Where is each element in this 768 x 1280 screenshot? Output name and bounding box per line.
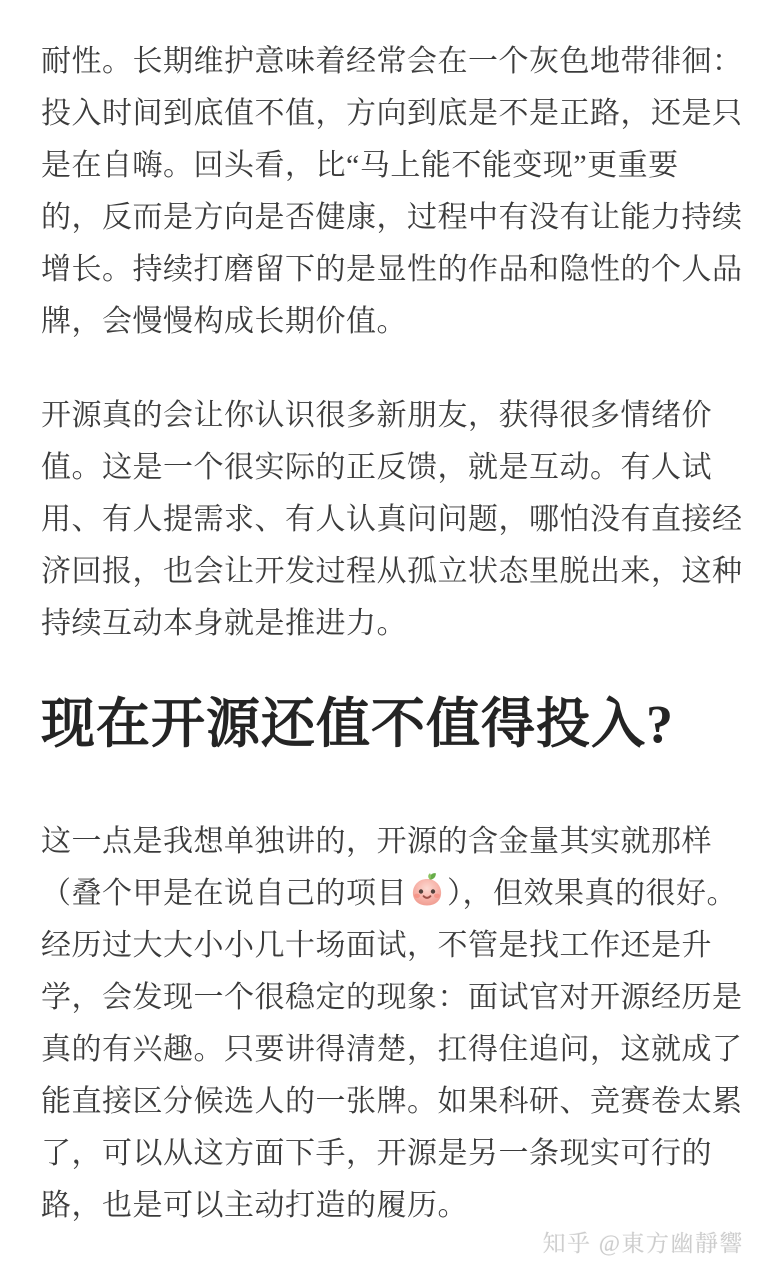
text-line: 持续互动本身就是推进力。 — [41, 598, 738, 650]
text-line: 的，反而是方向是否健康，过程中有没有让能力持续 — [41, 192, 738, 244]
text-line: 经历过大大小小几十场面试，不管是找工作还是升 — [41, 920, 738, 972]
paragraph-1: 耐性。长期维护意味着经常会在一个灰色地带徘徊： 投入时间到底值不值，方向到底是不… — [41, 36, 738, 348]
paragraph-2: 开源真的会让你认识很多新朋友，获得很多情绪价 值。这是一个很实际的正反馈，就是互… — [41, 390, 738, 650]
text-line-with-emoji: （叠个甲是在说自己的项目 — [41, 868, 738, 920]
peach-emoji-icon — [408, 870, 446, 912]
article-content: 耐性。长期维护意味着经常会在一个灰色地带徘徊： 投入时间到底值不值，方向到底是不… — [0, 0, 768, 1232]
text-line: 这一点是我想单独讲的，开源的含金量其实就那样 — [41, 816, 738, 868]
text-line: 济回报，也会让开发过程从孤立状态里脱出来，这种 — [41, 546, 738, 598]
watermark: 知乎 @東方幽靜響 — [543, 1229, 744, 1259]
section-heading: 现在开源还值不值得投入? — [41, 684, 738, 764]
text-line: 真的有兴趣。只要讲得清楚，扛得住追问，这就成了 — [41, 1024, 738, 1076]
text-line: 学，会发现一个很稳定的现象：面试官对开源经历是 — [41, 972, 738, 1024]
text-line: 耐性。长期维护意味着经常会在一个灰色地带徘徊： — [41, 36, 738, 88]
text-line: 牌，会慢慢构成长期价值。 — [41, 296, 738, 348]
text-line: 路，也是可以主动打造的履历。 — [41, 1180, 738, 1232]
text-line: 投入时间到底值不值，方向到底是不是正路，还是只 — [41, 88, 738, 140]
text-line: 增长。持续打磨留下的是显性的作品和隐性的个人品 — [41, 244, 738, 296]
text-line: 开源真的会让你认识很多新朋友，获得很多情绪价 — [41, 390, 738, 442]
text-segment: （叠个甲是在说自己的项目 — [41, 877, 407, 910]
text-line: 能直接区分候选人的一张牌。如果科研、竞赛卷太累 — [41, 1076, 738, 1128]
text-line: 用、有人提需求、有人认真问问题，哪怕没有直接经 — [41, 494, 738, 546]
text-line: 了，可以从这方面下手，开源是另一条现实可行的 — [41, 1128, 738, 1180]
text-segment: ），但效果真的很好。 — [447, 877, 737, 910]
paragraph-3: 这一点是我想单独讲的，开源的含金量其实就那样 （叠个甲是在说自己的项目 — [41, 816, 738, 1232]
text-line: 是在自嗨。回头看，比“马上能不能变现”更重要 — [41, 140, 738, 192]
text-line: 值。这是一个很实际的正反馈，就是互动。有人试 — [41, 442, 738, 494]
article-page: 耐性。长期维护意味着经常会在一个灰色地带徘徊： 投入时间到底值不值，方向到底是不… — [0, 0, 768, 1280]
